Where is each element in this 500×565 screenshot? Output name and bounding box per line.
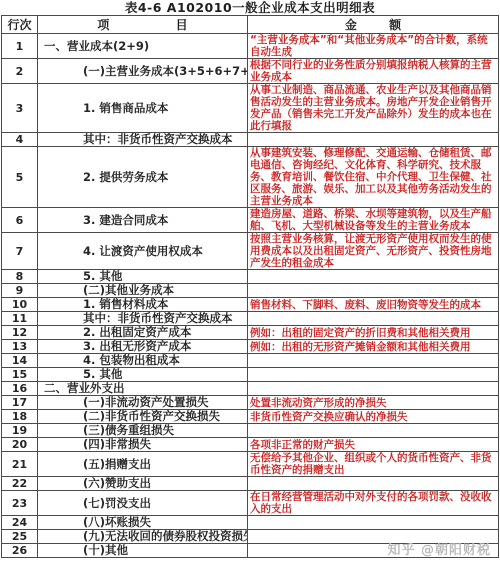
table-row: 19 (三)债务重组损失 (2, 424, 499, 438)
table-row: 26 (十)其他 (2, 544, 499, 558)
row-no-cell: 11 (2, 312, 38, 326)
row-no-cell: 26 (2, 544, 38, 558)
table-row: 1 一、营业成本(2+9) “主营业务成本”和“其他业务成本”的合计数，系统自动… (2, 34, 499, 59)
item-cell: 2. 提供劳务成本 (38, 147, 248, 208)
table-row: 2 (一)主营业务成本(3+5+6+7+8) 根据不同行业的业务性质分别填报纳税… (2, 59, 499, 84)
item-cell: 其中：非货币性资产交换成本 (38, 133, 248, 147)
amount-cell (248, 424, 499, 438)
row-no-cell: 21 (2, 452, 38, 477)
table-row: 12 2. 出租固定资产成本 例如：出租的固定资产的折旧费和其他相关费用 (2, 326, 499, 340)
amount-cell: 根据不同行业的业务性质分别填报纳税人核算的主营业务成本 (248, 59, 499, 84)
table-row: 4 其中：非货币性资产交换成本 (2, 133, 499, 147)
amount-cell: 例如：出租的无形资产摊销金额和其他相关费用 (248, 340, 499, 354)
amount-cell (248, 368, 499, 382)
amount-cell (248, 382, 499, 396)
amount-cell: 非货币性资产交换应确认的净损失 (248, 410, 499, 424)
table-row: 20 (四)非常损失 各项非正常的财产损失 (2, 438, 499, 452)
row-no-cell: 18 (2, 410, 38, 424)
amount-cell: 从事工业制造、商品流通、农业生产以及其他商品销售活动发生的主营业务成本。房地产开… (248, 84, 499, 133)
item-cell: (九)无法收回的债券股权投资损失 (38, 530, 248, 544)
column-header-item: 项 目 (38, 16, 248, 34)
table-row: 3 1. 销售商品成本 从事工业制造、商品流通、农业生产以及其他商品销售活动发生… (2, 84, 499, 133)
row-no-cell: 16 (2, 382, 38, 396)
item-cell: (一)主营业务成本(3+5+6+7+8) (38, 59, 248, 84)
document-page: 表4-6 A102010一般企业成本支出明细表 行次 项 目 金 额 1 一、营… (0, 0, 500, 565)
row-no-cell: 3 (2, 84, 38, 133)
item-cell: 2. 出租固定资产成本 (38, 326, 248, 340)
table-row: 24 (八)坏账损失 (2, 516, 499, 530)
item-cell: 5. 其他 (38, 368, 248, 382)
row-no-cell: 8 (2, 270, 38, 284)
item-cell: (三)债务重组损失 (38, 424, 248, 438)
amount-cell: 从事建筑安装、修理修配、交通运输、仓储租赁、邮电通信、咨询经纪、文化体育、科学研… (248, 147, 499, 208)
item-cell: (六)赞助支出 (38, 477, 248, 491)
header-row: 行次 项 目 金 额 (2, 16, 499, 34)
item-cell: 4. 包装物出租成本 (38, 354, 248, 368)
amount-cell (248, 312, 499, 326)
row-no-cell: 13 (2, 340, 38, 354)
row-no-cell: 22 (2, 477, 38, 491)
amount-cell (248, 284, 499, 298)
item-cell: (八)坏账损失 (38, 516, 248, 530)
amount-cell: 在日常经营管理活动中对外支付的各项罚款、没收收入的支出 (248, 491, 499, 516)
table-row: 25 (九)无法收回的债券股权投资损失 (2, 530, 499, 544)
row-no-cell: 2 (2, 59, 38, 84)
row-no-cell: 5 (2, 147, 38, 208)
table-row: 15 5. 其他 (2, 368, 499, 382)
amount-cell: 销售材料、下脚料、废料、废旧物资等发生的成本 (248, 298, 499, 312)
table-row: 23 (七)罚没支出 在日常经营管理活动中对外支付的各项罚款、没收收入的支出 (2, 491, 499, 516)
amount-cell (248, 270, 499, 284)
table-title: 表4-6 A102010一般企业成本支出明细表 (0, 0, 500, 15)
table-row: 13 3. 出租无形资产成本 例如：出租的无形资产摊销金额和其他相关费用 (2, 340, 499, 354)
row-no-cell: 10 (2, 298, 38, 312)
amount-cell: 各项非正常的财产损失 (248, 438, 499, 452)
table-row: 11 其中：非货币性资产交换成本 (2, 312, 499, 326)
row-no-cell: 4 (2, 133, 38, 147)
item-cell: 二、营业外支出 (38, 382, 248, 396)
row-no-cell: 25 (2, 530, 38, 544)
amount-cell: 无偿给予其他企业、组织或个人的货币性资产、非货币性资产的捐赠支出 (248, 452, 499, 477)
item-cell: 1. 销售商品成本 (38, 84, 248, 133)
item-cell: (一)非流动资产处置损失 (38, 396, 248, 410)
row-no-cell: 7 (2, 233, 38, 270)
item-cell: 3. 出租无形资产成本 (38, 340, 248, 354)
row-no-cell: 24 (2, 516, 38, 530)
table-row: 9 (二)其他业务成本 (2, 284, 499, 298)
amount-cell: 处置非流动资产形成的净损失 (248, 396, 499, 410)
amount-cell (248, 354, 499, 368)
item-cell: 1. 销售材料成本 (38, 298, 248, 312)
row-no-cell: 14 (2, 354, 38, 368)
row-no-cell: 6 (2, 208, 38, 233)
column-header-row-no: 行次 (2, 16, 38, 34)
row-no-cell: 23 (2, 491, 38, 516)
item-cell: 3. 建造合同成本 (38, 208, 248, 233)
table-row: 7 4. 让渡资产使用权成本 按照主营业务核算，让渡无形资产使用权而发生的使用费… (2, 233, 499, 270)
item-cell: 4. 让渡资产使用权成本 (38, 233, 248, 270)
table-row: 6 3. 建造合同成本 建造房屋、道路、桥梁、水坝等建筑物，以及生产船舶、飞机、… (2, 208, 499, 233)
row-no-cell: 19 (2, 424, 38, 438)
row-no-cell: 20 (2, 438, 38, 452)
table-row: 8 5. 其他 (2, 270, 499, 284)
amount-cell: 例如：出租的固定资产的折旧费和其他相关费用 (248, 326, 499, 340)
amount-cell: 建造房屋、道路、桥梁、水坝等建筑物，以及生产船舶、飞机、大型机械设备等发生的主营… (248, 208, 499, 233)
table-row: 5 2. 提供劳务成本 从事建筑安装、修理修配、交通运输、仓储租赁、邮电通信、咨… (2, 147, 499, 208)
row-no-cell: 12 (2, 326, 38, 340)
row-no-cell: 9 (2, 284, 38, 298)
amount-cell (248, 516, 499, 530)
item-cell: (七)罚没支出 (38, 491, 248, 516)
item-cell: 其中：非货币性资产交换成本 (38, 312, 248, 326)
table-row: 16 二、营业外支出 (2, 382, 499, 396)
amount-cell (248, 133, 499, 147)
row-no-cell: 15 (2, 368, 38, 382)
row-no-cell: 1 (2, 34, 38, 59)
table-row: 14 4. 包装物出租成本 (2, 354, 499, 368)
table-row: 18 (二)非货币性资产交换损失 非货币性资产交换应确认的净损失 (2, 410, 499, 424)
row-no-cell: 17 (2, 396, 38, 410)
amount-cell: 按照主营业务核算，让渡无形资产使用权而发生的使用费成本以及出租固定资产、无形资产… (248, 233, 499, 270)
item-cell: (五)捐赠支出 (38, 452, 248, 477)
column-header-amount: 金 额 (248, 16, 499, 34)
item-cell: (十)其他 (38, 544, 248, 558)
item-cell: 一、营业成本(2+9) (38, 34, 248, 59)
amount-cell (248, 477, 499, 491)
table-row: 22 (六)赞助支出 (2, 477, 499, 491)
item-cell: (二)其他业务成本 (38, 284, 248, 298)
table-row: 10 1. 销售材料成本 销售材料、下脚料、废料、废旧物资等发生的成本 (2, 298, 499, 312)
item-cell: (四)非常损失 (38, 438, 248, 452)
item-cell: (二)非货币性资产交换损失 (38, 410, 248, 424)
table-row: 17 (一)非流动资产处置损失 处置非流动资产形成的净损失 (2, 396, 499, 410)
amount-cell (248, 544, 499, 558)
amount-cell: “主营业务成本”和“其他业务成本”的合计数，系统自动生成 (248, 34, 499, 59)
amount-cell (248, 530, 499, 544)
item-cell: 5. 其他 (38, 270, 248, 284)
table-row: 21 (五)捐赠支出 无偿给予其他企业、组织或个人的货币性资产、非货币性资产的捐… (2, 452, 499, 477)
cost-detail-table: 行次 项 目 金 额 1 一、营业成本(2+9) “主营业务成本”和“其他业务成… (1, 15, 499, 558)
